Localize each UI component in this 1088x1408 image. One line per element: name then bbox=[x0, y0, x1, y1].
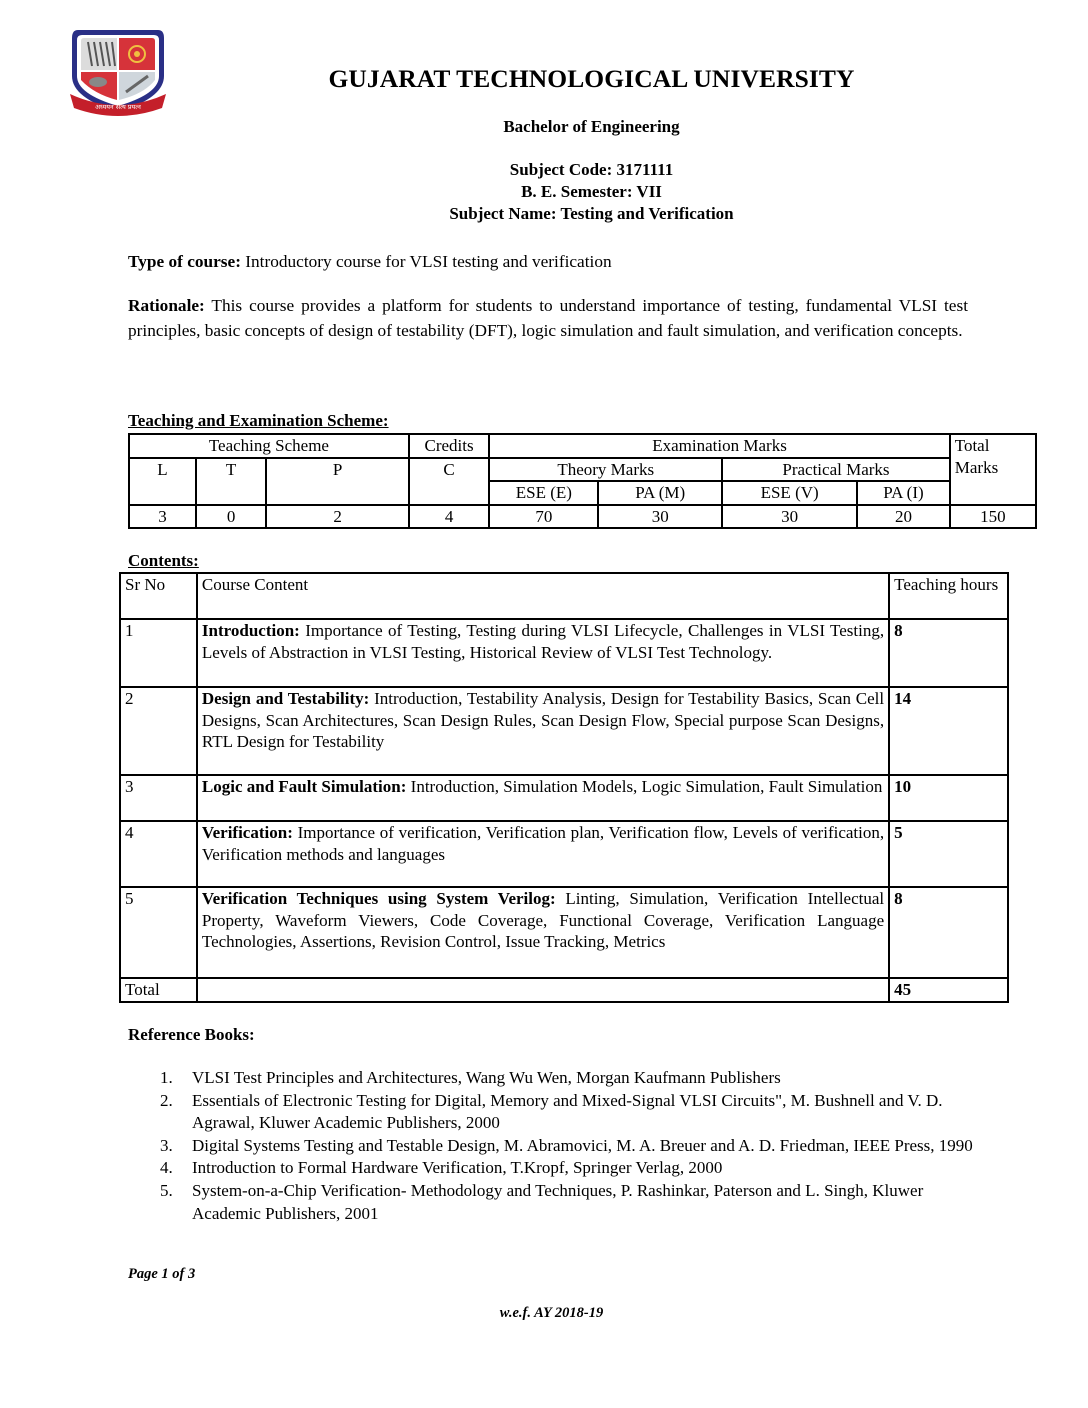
table-row: 3 Logic and Fault Simulation: Introducti… bbox=[120, 775, 1008, 821]
type-of-course-text: Introductory course for VLSI testing and… bbox=[241, 252, 612, 271]
total-hours: 45 bbox=[889, 978, 1008, 1002]
practical-marks-header: Practical Marks bbox=[722, 458, 950, 482]
ese-e-value: 70 bbox=[489, 505, 598, 529]
ese-v-header: ESE (V) bbox=[722, 481, 857, 505]
lecture-value: 3 bbox=[129, 505, 196, 529]
total-row: Total 45 bbox=[120, 978, 1008, 1002]
tutorial-header: T bbox=[196, 458, 266, 505]
table-row: 5 Verification Techniques using System V… bbox=[120, 887, 1008, 978]
table-row: 2 Design and Testability: Introduction, … bbox=[120, 687, 1008, 775]
theory-marks-header: Theory Marks bbox=[489, 458, 722, 482]
contents-table: Sr No Course Content Teaching hours 1 In… bbox=[119, 572, 1009, 1003]
effective-from: w.e.f. AY 2018-19 bbox=[0, 1305, 1088, 1322]
teaching-hours-header: Teaching hours bbox=[889, 573, 1008, 619]
rationale: Rationale: This course provides a platfo… bbox=[128, 293, 968, 343]
row-hours: 10 bbox=[889, 775, 1008, 821]
row-text: Importance of verification, Verification… bbox=[202, 823, 884, 864]
credit-c-header: C bbox=[409, 458, 490, 505]
credit-value: 4 bbox=[409, 505, 490, 529]
row-text: Importance of Testing, Testing during VL… bbox=[202, 621, 884, 662]
row-sr: 5 bbox=[120, 887, 197, 978]
table-row: 1 Introduction: Importance of Testing, T… bbox=[120, 619, 1008, 687]
row-sr: 4 bbox=[120, 821, 197, 887]
row-content: Introduction: Importance of Testing, Tes… bbox=[197, 619, 889, 687]
total-label: Total bbox=[120, 978, 197, 1002]
subject-name: Subject Name: Testing and Verification bbox=[0, 204, 1088, 224]
rationale-text: This course provides a platform for stud… bbox=[128, 296, 968, 340]
type-of-course: Type of course: Introductory course for … bbox=[128, 250, 968, 273]
row-title: Logic and Fault Simulation: bbox=[202, 777, 407, 796]
contents-heading: Contents: bbox=[128, 551, 199, 571]
tutorial-value: 0 bbox=[196, 505, 266, 529]
row-content: Logic and Fault Simulation: Introduction… bbox=[197, 775, 889, 821]
row-content: Verification Techniques using System Ver… bbox=[197, 887, 889, 978]
examination-marks-header: Examination Marks bbox=[489, 434, 949, 458]
type-of-course-label: Type of course: bbox=[128, 252, 241, 271]
ese-e-header: ESE (E) bbox=[489, 481, 598, 505]
row-sr: 1 bbox=[120, 619, 197, 687]
lecture-header: L bbox=[129, 458, 196, 505]
scheme-table: Teaching Scheme Credits Examination Mark… bbox=[128, 433, 1037, 529]
teaching-scheme-header: Teaching Scheme bbox=[129, 434, 409, 458]
sr-no-header: Sr No bbox=[120, 573, 197, 619]
semester: B. E. Semester: VII bbox=[0, 182, 1088, 202]
reference-item: 3.Digital Systems Testing and Testable D… bbox=[160, 1135, 980, 1158]
practical-header: P bbox=[266, 458, 408, 505]
ese-v-value: 30 bbox=[722, 505, 857, 529]
row-sr: 3 bbox=[120, 775, 197, 821]
reference-item: 4.Introduction to Formal Hardware Verifi… bbox=[160, 1157, 980, 1180]
degree-title: Bachelor of Engineering bbox=[0, 117, 1088, 137]
table-row: 4 Verification: Importance of verificati… bbox=[120, 821, 1008, 887]
row-hours: 14 bbox=[889, 687, 1008, 775]
total-marks-value: 150 bbox=[950, 505, 1036, 529]
credits-header: Credits bbox=[409, 434, 490, 458]
row-title: Verification: bbox=[202, 823, 293, 842]
row-content: Verification: Importance of verification… bbox=[197, 821, 889, 887]
pa-m-value: 30 bbox=[598, 505, 722, 529]
scheme-heading: Teaching and Examination Scheme: bbox=[128, 411, 389, 431]
reference-list: 1.VLSI Test Principles and Architectures… bbox=[160, 1067, 980, 1225]
rationale-label: Rationale: bbox=[128, 296, 205, 315]
total-marks-header: Total Marks bbox=[950, 434, 1036, 505]
reference-item: 2.Essentials of Electronic Testing for D… bbox=[160, 1090, 980, 1135]
reference-item: 1.VLSI Test Principles and Architectures… bbox=[160, 1067, 980, 1090]
references-heading: Reference Books: bbox=[128, 1025, 255, 1045]
svg-text:अध्ययन सत्य प्रयत्न: अध्ययन सत्य प्रयत्न bbox=[95, 103, 141, 111]
row-sr: 2 bbox=[120, 687, 197, 775]
pa-m-header: PA (M) bbox=[598, 481, 722, 505]
row-hours: 5 bbox=[889, 821, 1008, 887]
row-hours: 8 bbox=[889, 619, 1008, 687]
practical-value: 2 bbox=[266, 505, 408, 529]
row-title: Verification Techniques using System Ver… bbox=[202, 889, 556, 908]
course-content-header: Course Content bbox=[197, 573, 889, 619]
university-name: GUJARAT TECHNOLOGICAL UNIVERSITY bbox=[0, 64, 1088, 94]
reference-item: 5.System-on-a-Chip Verification- Methodo… bbox=[160, 1180, 980, 1225]
row-content: Design and Testability: Introduction, Te… bbox=[197, 687, 889, 775]
pa-i-header: PA (I) bbox=[857, 481, 950, 505]
subject-code: Subject Code: 3171111 bbox=[0, 160, 1088, 180]
total-empty bbox=[197, 978, 889, 1002]
page-number: Page 1 of 3 bbox=[128, 1266, 195, 1283]
row-hours: 8 bbox=[889, 887, 1008, 978]
row-title: Introduction: bbox=[202, 621, 300, 640]
row-text: Introduction, Simulation Models, Logic S… bbox=[406, 777, 882, 796]
row-title: Design and Testability: bbox=[202, 689, 369, 708]
pa-i-value: 20 bbox=[857, 505, 950, 529]
